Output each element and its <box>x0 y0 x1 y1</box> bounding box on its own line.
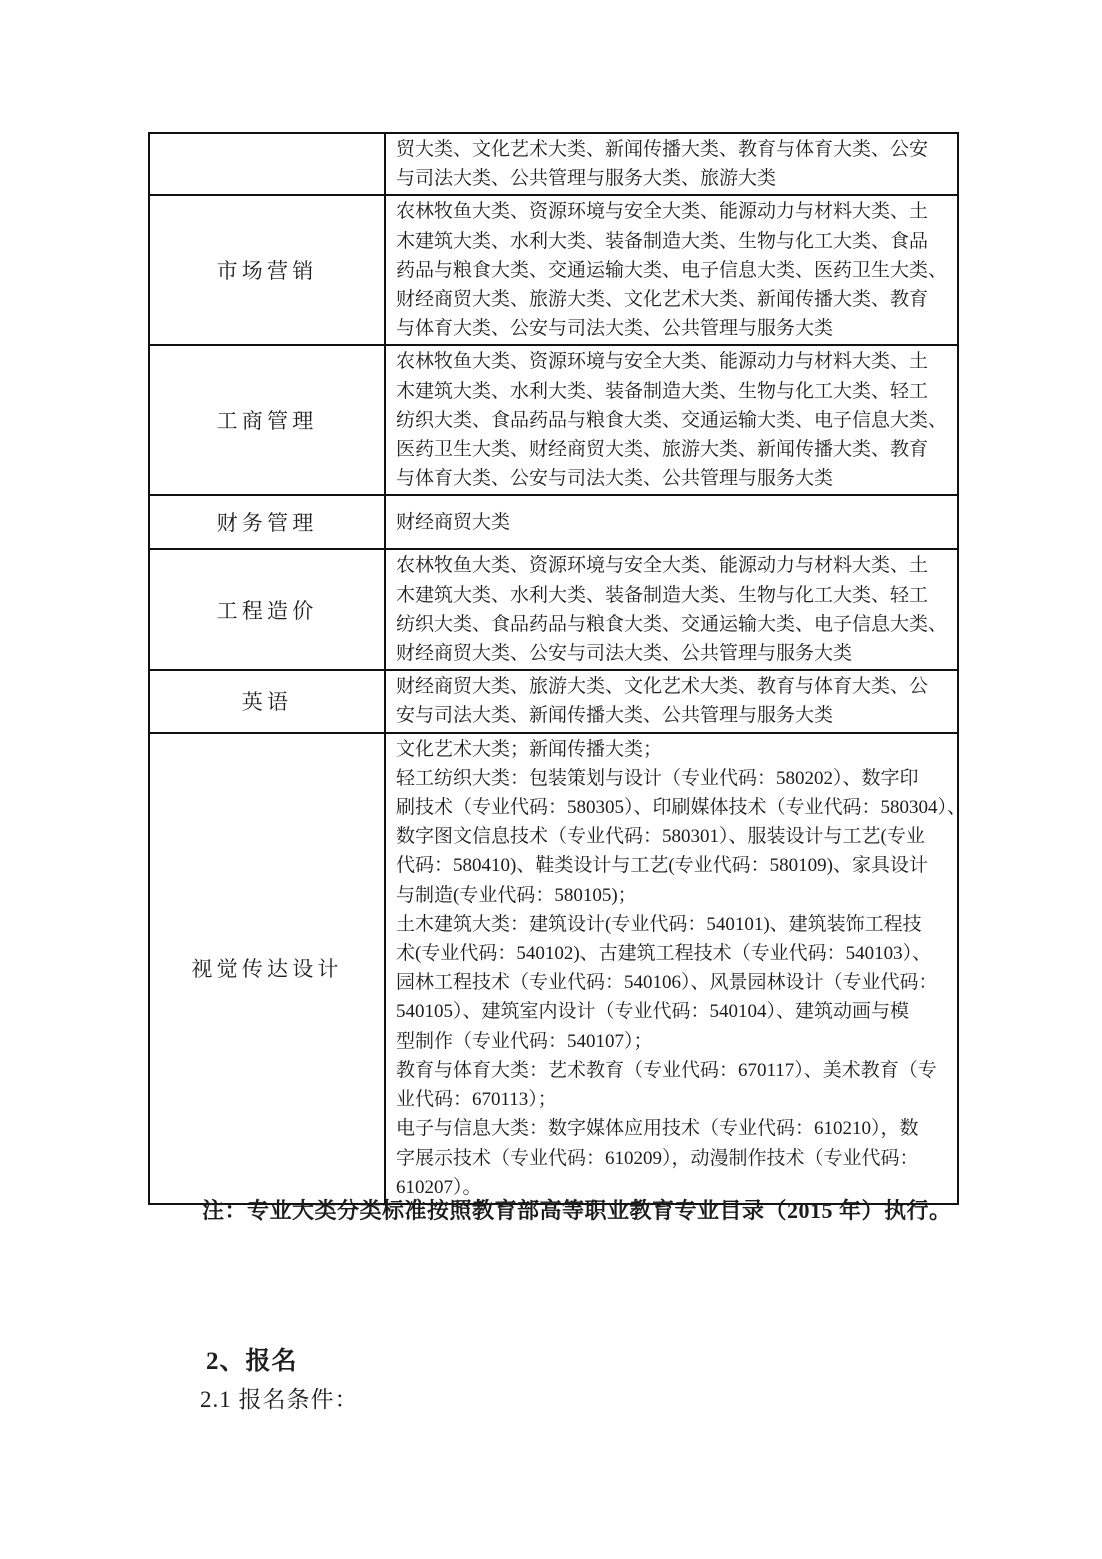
document-page: 贸大类、文化艺术大类、新闻传播大类、教育与体育大类、公安 与司法大类、公共管理与… <box>0 0 1102 1559</box>
categories-cell: 财经商贸大类、旅游大类、文化艺术大类、教育与体育大类、公 安与司法大类、新闻传播… <box>385 670 958 732</box>
major-cell: 财务管理 <box>149 495 385 549</box>
table-row: 工商管理 农林牧鱼大类、资源环境与安全大类、能源动力与材料大类、土 木建筑大类、… <box>149 345 958 495</box>
table-row: 工程造价 农林牧鱼大类、资源环境与安全大类、能源动力与材料大类、土 木建筑大类、… <box>149 549 958 670</box>
majors-table-body: 贸大类、文化艺术大类、新闻传播大类、教育与体育大类、公安 与司法大类、公共管理与… <box>149 133 958 1204</box>
subsection-heading: 2.1 报名条件： <box>200 1381 359 1414</box>
table-row: 贸大类、文化艺术大类、新闻传播大类、教育与体育大类、公安 与司法大类、公共管理与… <box>149 133 958 195</box>
table-row: 市场营销 农林牧鱼大类、资源环境与安全大类、能源动力与材料大类、土 木建筑大类、… <box>149 195 958 345</box>
major-cell: 工商管理 <box>149 345 385 495</box>
categories-cell: 农林牧鱼大类、资源环境与安全大类、能源动力与材料大类、土 木建筑大类、水利大类、… <box>385 549 958 670</box>
major-cell: 市场营销 <box>149 195 385 345</box>
categories-cell: 农林牧鱼大类、资源环境与安全大类、能源动力与材料大类、土 木建筑大类、水利大类、… <box>385 345 958 495</box>
categories-cell: 财经商贸大类 <box>385 495 958 549</box>
categories-cell: 贸大类、文化艺术大类、新闻传播大类、教育与体育大类、公安 与司法大类、公共管理与… <box>385 133 958 195</box>
table-row: 财务管理 财经商贸大类 <box>149 495 958 549</box>
major-cell <box>149 133 385 195</box>
section-heading: 2、报名 <box>206 1341 298 1377</box>
major-cell: 工程造价 <box>149 549 385 670</box>
table-row: 视觉传达设计 文化艺术大类；新闻传播大类； 轻工纺织大类：包装策划与设计（专业代… <box>149 733 958 1204</box>
major-cell: 视觉传达设计 <box>149 733 385 1204</box>
table-row: 英语 财经商贸大类、旅游大类、文化艺术大类、教育与体育大类、公 安与司法大类、新… <box>149 670 958 732</box>
major-cell: 英语 <box>149 670 385 732</box>
categories-cell: 文化艺术大类；新闻传播大类； 轻工纺织大类：包装策划与设计（专业代码：58020… <box>385 733 958 1204</box>
note: 注：专业大类分类标准按照教育部高等职业教育专业目录（2015 年）执行。 <box>202 1194 952 1225</box>
majors-table: 贸大类、文化艺术大类、新闻传播大类、教育与体育大类、公安 与司法大类、公共管理与… <box>148 132 959 1205</box>
categories-cell: 农林牧鱼大类、资源环境与安全大类、能源动力与材料大类、土 木建筑大类、水利大类、… <box>385 195 958 345</box>
